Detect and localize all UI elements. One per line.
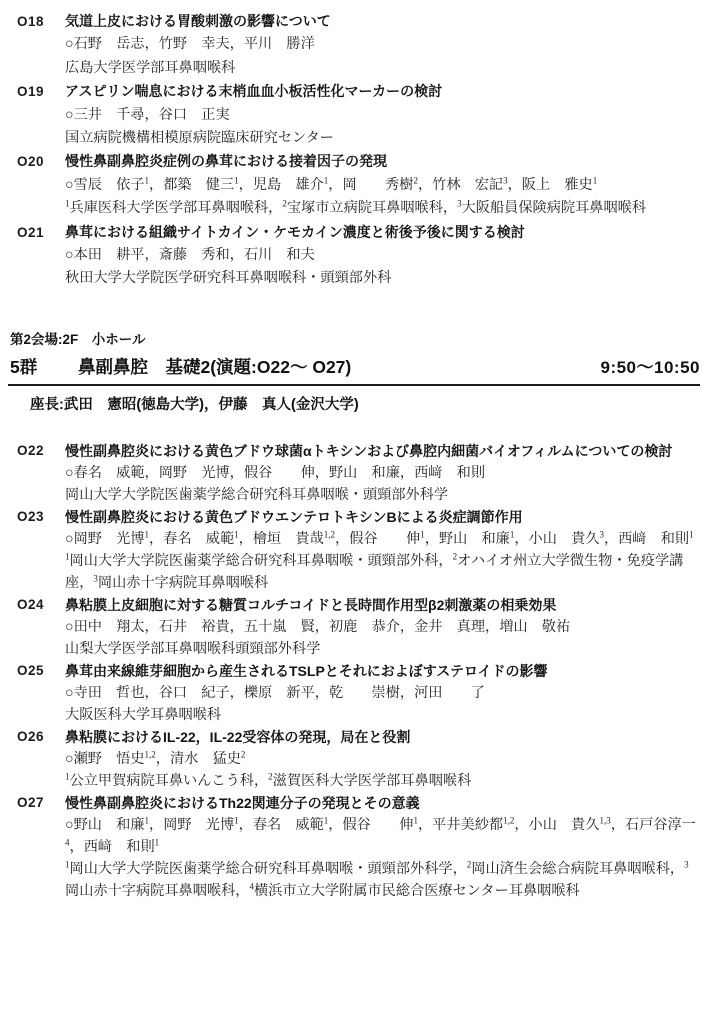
presentation-body: 気道上皮における胃酸刺激の影響について○石野 岳志，竹野 幸夫，平川 勝洋広島大… xyxy=(65,10,700,80)
presentation-item: O25鼻茸由来線維芽細胞から産生されるTSLPとそれにおよぼすステロイドの影響○… xyxy=(0,660,700,726)
venue-label: 第2会場:2F 小ホール xyxy=(10,330,700,350)
presentation-list-bottom: O22慢性副鼻腔炎における黄色ブドウ球菌αトキシンおよび鼻腔内細菌バイオフィルム… xyxy=(0,440,700,902)
presentation-body: 慢性副鼻腔炎における黄色ブドウ球菌αトキシンおよび鼻腔内細菌バイオフィルムについ… xyxy=(65,440,700,506)
presentation-body: 鼻茸由来線維芽細胞から産生されるTSLPとそれにおよぼすステロイドの影響○寺田 … xyxy=(65,660,700,726)
session-group-label: 5群 xyxy=(10,353,78,381)
presentation-affiliation: 1公立甲賀病院耳鼻いんこう科，2滋賀医科大学医学部耳鼻咽喉科 xyxy=(65,770,700,792)
presentation-body: アスピリン喘息における末梢血血小板活性化マーカーの検討○三井 千尋，谷口 正実国… xyxy=(65,80,700,150)
presentation-number: O24 xyxy=(17,594,65,616)
presentation-number: O21 xyxy=(17,221,65,244)
presentation-item: O27慢性鼻副鼻腔炎におけるTh22関連分子の発現とその意義○野山 和廉1，岡野… xyxy=(0,792,700,902)
presentation-item: O19アスピリン喘息における末梢血血小板活性化マーカーの検討○三井 千尋，谷口 … xyxy=(0,80,700,150)
presentation-affiliation: 秋田大学大学院医学研究科耳鼻咽喉科・頭頸部外科 xyxy=(65,267,700,290)
presentation-number: O20 xyxy=(17,150,65,173)
presentation-authors: ○田中 翔太，石井 裕貴，五十嵐 賢，初鹿 恭介，金井 真理，増山 敬祐 xyxy=(65,616,700,638)
presentation-title: 鼻茸由来線維芽細胞から産生されるTSLPとそれにおよぼすステロイドの影響 xyxy=(65,660,700,682)
presentation-item: O26鼻粘膜におけるIL-22，IL-22受容体の発現，局在と役割○瀬野 悟史1… xyxy=(0,726,700,792)
presentation-body: 鼻茸における組織サイトカイン・ケモカイン濃度と術後予後に関する検討○本田 耕平，… xyxy=(65,221,700,291)
presentation-item: O22慢性副鼻腔炎における黄色ブドウ球菌αトキシンおよび鼻腔内細菌バイオフィルム… xyxy=(0,440,700,506)
presentation-number: O19 xyxy=(17,80,65,103)
presentation-item: O18気道上皮における胃酸刺激の影響について○石野 岳志，竹野 幸夫，平川 勝洋… xyxy=(0,10,700,80)
session-chairs: 座長:武田 憲昭(徳島大学)，伊藤 真人(金沢大学) xyxy=(30,394,700,416)
presentation-authors: ○春名 威範，岡野 光博，假谷 伸，野山 和廉，西﨑 和則 xyxy=(65,462,700,484)
presentation-authors: ○野山 和廉1，岡野 光博1，春名 威範1，假谷 伸1，平井美紗都1,2，小山 … xyxy=(65,814,700,858)
presentation-number: O23 xyxy=(17,506,65,528)
session-time: 9:50〜10:50 xyxy=(600,354,700,382)
session-divider xyxy=(8,384,700,386)
presentation-number: O26 xyxy=(17,726,65,748)
presentation-body: 慢性鼻副鼻腔炎症例の鼻茸における接着因子の発現○雪辰 依子1，都築 健三1，児島… xyxy=(65,150,700,220)
session-title: 鼻副鼻腔 基礎2(演題:O22〜 O27) xyxy=(78,353,600,381)
presentation-body: 鼻粘膜上皮細胞に対する糖質コルチコイドと長時間作用型β2刺激薬の相乗効果○田中 … xyxy=(65,594,700,660)
presentation-authors: ○岡野 光博1，春名 威範1，檜垣 貴哉1,2，假谷 伸1，野山 和廉1，小山 … xyxy=(65,528,700,550)
presentation-title: 慢性鼻副鼻腔炎におけるTh22関連分子の発現とその意義 xyxy=(65,792,700,814)
presentation-number: O22 xyxy=(17,440,65,462)
presentation-authors: ○石野 岳志，竹野 幸夫，平川 勝洋 xyxy=(65,33,700,56)
presentation-authors: ○本田 耕平，斎藤 秀和，石川 和夫 xyxy=(65,244,700,267)
session-title-row: 5群 鼻副鼻腔 基礎2(演題:O22〜 O27) 9:50〜10:50 xyxy=(10,353,700,382)
presentation-affiliation: 広島大学医学部耳鼻咽喉科 xyxy=(65,57,700,80)
presentation-item: O21鼻茸における組織サイトカイン・ケモカイン濃度と術後予後に関する検討○本田 … xyxy=(0,221,700,291)
presentation-authors: ○瀬野 悟史1,2，清水 猛史2 xyxy=(65,748,700,770)
presentation-body: 慢性鼻副鼻腔炎におけるTh22関連分子の発現とその意義○野山 和廉1，岡野 光博… xyxy=(65,792,700,902)
presentation-title: 慢性副鼻腔炎における黄色ブドウエンテロトキシンBによる炎症調節作用 xyxy=(65,506,700,528)
presentation-affiliation: 1岡山大学大学院医歯薬学総合研究科耳鼻咽喉・頭頸部外科，2オハイオ州立大学微生物… xyxy=(65,550,700,594)
presentation-item: O23慢性副鼻腔炎における黄色ブドウエンテロトキシンBによる炎症調節作用○岡野 … xyxy=(0,506,700,594)
presentation-item: O24鼻粘膜上皮細胞に対する糖質コルチコイドと長時間作用型β2刺激薬の相乗効果○… xyxy=(0,594,700,660)
presentation-number: O25 xyxy=(17,660,65,682)
presentation-authors: ○寺田 哲也，谷口 紀子，櫟原 新平，乾 崇樹，河田 了 xyxy=(65,682,700,704)
presentation-affiliation: 1兵庫医科大学医学部耳鼻咽喉科，2宝塚市立病院耳鼻咽喉科，3大阪船員保険病院耳鼻… xyxy=(65,197,700,220)
presentation-affiliation: 山梨大学医学部耳鼻咽喉科頭頸部外科学 xyxy=(65,638,700,660)
presentation-title: アスピリン喘息における末梢血血小板活性化マーカーの検討 xyxy=(65,80,700,103)
program-page: O18気道上皮における胃酸刺激の影響について○石野 岳志，竹野 幸夫，平川 勝洋… xyxy=(0,0,708,1016)
presentation-affiliation: 1岡山大学大学院医歯薬学総合研究科耳鼻咽喉・頭頸部外科学，2岡山済生会総合病院耳… xyxy=(65,858,700,902)
presentation-affiliation: 岡山大学大学院医歯薬学総合研究科耳鼻咽喉・頭頸部外科学 xyxy=(65,484,700,506)
presentation-authors: ○三井 千尋，谷口 正実 xyxy=(65,104,700,127)
presentation-body: 慢性副鼻腔炎における黄色ブドウエンテロトキシンBによる炎症調節作用○岡野 光博1… xyxy=(65,506,700,594)
session-header: 第2会場:2F 小ホール 5群 鼻副鼻腔 基礎2(演題:O22〜 O27) 9:… xyxy=(0,330,700,416)
presentation-affiliation: 大阪医科大学耳鼻咽喉科 xyxy=(65,704,700,726)
presentation-title: 鼻粘膜上皮細胞に対する糖質コルチコイドと長時間作用型β2刺激薬の相乗効果 xyxy=(65,594,700,616)
presentation-title: 鼻茸における組織サイトカイン・ケモカイン濃度と術後予後に関する検討 xyxy=(65,221,700,244)
presentation-title: 気道上皮における胃酸刺激の影響について xyxy=(65,10,700,33)
presentation-authors: ○雪辰 依子1，都築 健三1，児島 雄介1，岡 秀樹2，竹林 宏記3，阪上 雅史… xyxy=(65,174,700,197)
presentation-number: O27 xyxy=(17,792,65,814)
presentation-list-top: O18気道上皮における胃酸刺激の影響について○石野 岳志，竹野 幸夫，平川 勝洋… xyxy=(0,10,700,291)
presentation-number: O18 xyxy=(17,10,65,33)
presentation-title: 慢性副鼻腔炎における黄色ブドウ球菌αトキシンおよび鼻腔内細菌バイオフィルムについ… xyxy=(65,440,700,462)
presentation-title: 鼻粘膜におけるIL-22，IL-22受容体の発現，局在と役割 xyxy=(65,726,700,748)
presentation-item: O20慢性鼻副鼻腔炎症例の鼻茸における接着因子の発現○雪辰 依子1，都築 健三1… xyxy=(0,150,700,220)
presentation-affiliation: 国立病院機構相模原病院臨床研究センター xyxy=(65,127,700,150)
presentation-title: 慢性鼻副鼻腔炎症例の鼻茸における接着因子の発現 xyxy=(65,150,700,173)
presentation-body: 鼻粘膜におけるIL-22，IL-22受容体の発現，局在と役割○瀬野 悟史1,2，… xyxy=(65,726,700,792)
